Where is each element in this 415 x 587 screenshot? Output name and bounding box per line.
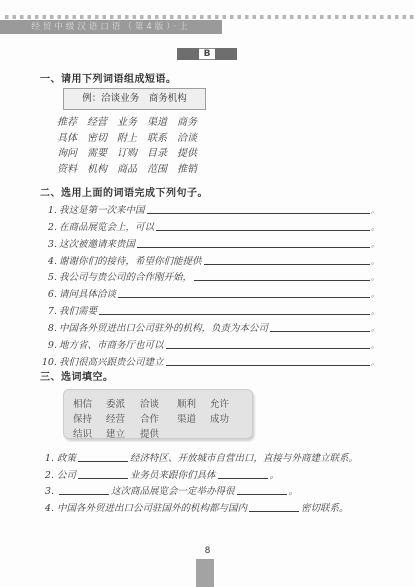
item-number: 7. bbox=[41, 306, 57, 317]
item-text: 我们很高兴跟贵公司建立 bbox=[59, 354, 164, 368]
box-word: 合作 bbox=[140, 411, 177, 426]
item-period: 。 bbox=[371, 357, 379, 368]
bottom-tab-marker bbox=[196, 559, 214, 587]
item-number: 10. bbox=[41, 357, 57, 368]
word: 渠道 bbox=[147, 113, 177, 129]
word: 商务 bbox=[177, 113, 207, 129]
item-period: 。 bbox=[371, 272, 379, 283]
item-text: 请问具体洽谈 bbox=[59, 286, 116, 300]
item-number: 2. bbox=[41, 470, 54, 481]
item-text: 我这是第一次来中国 bbox=[59, 202, 145, 216]
section1-heading: 一、请用下列词语组成短语。 bbox=[40, 70, 177, 85]
word: 推荐 bbox=[57, 113, 87, 129]
answer-blank-line bbox=[147, 213, 370, 214]
fill-item: 2.公司业务员来跟你们具体。 bbox=[41, 465, 386, 482]
word: 附上 bbox=[117, 129, 147, 145]
item-number: 3. bbox=[41, 239, 57, 250]
item-text: 谢谢你们的接待，希望你们能提供 bbox=[59, 253, 202, 267]
word: 范围 bbox=[147, 160, 177, 176]
answer-blank-line bbox=[166, 365, 370, 366]
item-text: 。 bbox=[270, 467, 280, 481]
item-text: 这次被邀请来贵国 bbox=[59, 236, 135, 250]
box-word: 委派 bbox=[106, 396, 140, 411]
box-word: 洽谈 bbox=[140, 396, 177, 411]
item-text: 我们需要 bbox=[59, 303, 97, 317]
word: 联系 bbox=[147, 129, 177, 145]
fill-item: 3.这次商品展览会一定举办得很。 bbox=[41, 482, 386, 499]
box-word-row: 相信委派洽谈顺利允许 bbox=[73, 396, 252, 411]
item-number: 9. bbox=[41, 340, 57, 351]
word: 提供 bbox=[177, 144, 207, 160]
answer-blank-line bbox=[118, 297, 370, 298]
item-number: 8. bbox=[41, 323, 57, 334]
answer-blank-line bbox=[237, 494, 287, 495]
word: 商品 bbox=[117, 160, 147, 176]
word: 推销 bbox=[177, 160, 207, 176]
item-number: 6. bbox=[41, 289, 57, 300]
section-b-badge: B bbox=[177, 48, 237, 60]
textbook-page: 经贸中级汉语口语（第4版）·上 B 一、请用下列词语组成短语。 例：洽谈业务 商… bbox=[0, 0, 415, 587]
box-word: 顺利 bbox=[177, 396, 210, 411]
word-row: 询问需要订购目录提供 bbox=[57, 144, 207, 160]
item-text: 中国各外贸进出口公司驻国外的机构都与国内 bbox=[57, 500, 247, 514]
sentence-item: 5.我公司与贵公司的合作刚开始，。 bbox=[41, 268, 379, 285]
answer-blank-line bbox=[99, 314, 370, 315]
sentence-item: 4.谢谢你们的接待，希望你们能提供。 bbox=[41, 251, 379, 268]
answer-blank-line bbox=[194, 280, 370, 281]
word-row: 具体密切附上联系洽谈 bbox=[57, 129, 207, 145]
fill-item: 1.政策经济特区、开放城市自营出口，直接与外商建立联系。 bbox=[41, 448, 386, 465]
sentence-item: 3.这次被邀请来贵国。 bbox=[41, 234, 379, 251]
example-box: 例：洽谈业务 商务机构 bbox=[63, 88, 206, 110]
item-period: 。 bbox=[371, 340, 379, 351]
answer-blank-line bbox=[78, 478, 128, 479]
word: 业务 bbox=[117, 113, 147, 129]
section1-word-grid: 推荐经营业务渠道商务具体密切附上联系洽谈询问需要订购目录提供资料机构商品范围推销 bbox=[57, 113, 207, 175]
item-period: 。 bbox=[371, 222, 379, 233]
sentence-item: 7.我们需要。 bbox=[41, 301, 379, 318]
box-word: 保持 bbox=[73, 411, 106, 426]
word: 具体 bbox=[57, 129, 87, 145]
sentence-item: 9.地方省、市商务厅也可以。 bbox=[41, 335, 379, 352]
answer-blank-line bbox=[249, 511, 299, 512]
word: 经营 bbox=[87, 113, 117, 129]
item-text: 公司 bbox=[57, 467, 76, 481]
word-row: 推荐经营业务渠道商务 bbox=[57, 113, 207, 129]
word-row: 资料机构商品范围推销 bbox=[57, 160, 207, 176]
answer-blank-line bbox=[218, 478, 268, 479]
item-number: 2. bbox=[41, 222, 57, 233]
dotted-border bbox=[5, 15, 415, 19]
box-word: 相信 bbox=[73, 396, 106, 411]
sentence-item: 2.在商品展览会上，可以。 bbox=[41, 217, 379, 234]
box-word: 经营 bbox=[106, 411, 140, 426]
item-text: 中国各外贸进出口公司驻外的机构，负责为本公司 bbox=[59, 320, 268, 334]
word: 需要 bbox=[87, 144, 117, 160]
box-word: 提供 bbox=[140, 426, 177, 441]
item-text: 密切联系。 bbox=[301, 500, 349, 514]
sentence-item: 6.请问具体洽谈。 bbox=[41, 284, 379, 301]
item-text: 这次商品展览会一定举办得很 bbox=[111, 483, 235, 497]
word: 订购 bbox=[117, 144, 147, 160]
item-number: 1. bbox=[41, 453, 54, 464]
item-text: 在商品展览会上，可以 bbox=[59, 219, 154, 233]
sentence-item: 8.中国各外贸进出口公司驻外的机构，负责为本公司。 bbox=[41, 318, 379, 335]
sentence-item: 10.我们很高兴跟贵公司建立。 bbox=[41, 352, 379, 369]
item-period: 。 bbox=[371, 323, 379, 334]
box-word: 建立 bbox=[106, 426, 140, 441]
answer-blank-line bbox=[270, 331, 370, 332]
sentence-item: 1.我这是第一次来中国。 bbox=[41, 200, 379, 217]
badge-left-block bbox=[177, 48, 199, 60]
badge-letter: B bbox=[199, 48, 215, 60]
section2-sentence-list: 1.我这是第一次来中国。2.在商品展览会上，可以。3.这次被邀请来贵国。4.谢谢… bbox=[41, 200, 379, 369]
section2-heading: 二、选用上面的词语完成下列句子。 bbox=[40, 184, 208, 199]
box-word-row: 结识建立提供 bbox=[73, 426, 252, 441]
answer-blank-line bbox=[137, 247, 370, 248]
word: 目录 bbox=[147, 144, 177, 160]
item-period: 。 bbox=[371, 239, 379, 250]
item-period: 。 bbox=[371, 289, 379, 300]
item-text: 我公司与贵公司的合作刚开始， bbox=[59, 269, 192, 283]
item-text: 政策 bbox=[57, 450, 76, 464]
running-head-bar: 经贸中级汉语口语（第4版）·上 bbox=[0, 20, 222, 34]
item-text: 业务员来跟你们具体 bbox=[130, 467, 216, 481]
word: 洽谈 bbox=[177, 129, 207, 145]
badge-right-block bbox=[215, 48, 237, 60]
item-number: 4. bbox=[41, 503, 54, 514]
item-text: 经济特区、开放城市自营出口，直接与外商建立联系。 bbox=[130, 450, 358, 464]
section3-fill-list: 1.政策经济特区、开放城市自营出口，直接与外商建立联系。2.公司业务员来跟你们具… bbox=[41, 448, 386, 515]
item-period: 。 bbox=[371, 256, 379, 267]
word: 资料 bbox=[57, 160, 87, 176]
box-word: 渠道 bbox=[177, 411, 210, 426]
item-number: 4. bbox=[41, 256, 57, 267]
item-number: 5. bbox=[41, 272, 57, 283]
item-number: 1. bbox=[41, 205, 57, 216]
fill-item: 4.中国各外贸进出口公司驻国外的机构都与国内密切联系。 bbox=[41, 498, 386, 515]
item-number: 3. bbox=[41, 486, 54, 497]
answer-blank-line bbox=[59, 494, 109, 495]
section3-word-box: 相信委派洽谈顺利允许保持经营合作渠道成功结识建立提供 bbox=[63, 389, 253, 439]
book-title: 经贸中级汉语口语（第4版）·上 bbox=[31, 22, 190, 32]
word: 密切 bbox=[87, 129, 117, 145]
item-period: 。 bbox=[371, 306, 379, 317]
section3-heading: 三、选词填空。 bbox=[40, 368, 114, 383]
item-period: 。 bbox=[371, 205, 379, 216]
word: 询问 bbox=[57, 144, 87, 160]
box-word: 允许 bbox=[210, 396, 252, 411]
page-number: 8 bbox=[0, 546, 415, 556]
item-text: 。 bbox=[289, 483, 299, 497]
answer-blank-line bbox=[78, 461, 128, 462]
answer-blank-line bbox=[156, 230, 370, 231]
box-word-row: 保持经营合作渠道成功 bbox=[73, 411, 252, 426]
box-word: 结识 bbox=[73, 426, 106, 441]
answer-blank-line bbox=[166, 348, 370, 349]
box-word: 成功 bbox=[210, 411, 252, 426]
word: 机构 bbox=[87, 160, 117, 176]
answer-blank-line bbox=[204, 264, 370, 265]
item-text: 地方省、市商务厅也可以 bbox=[59, 337, 164, 351]
